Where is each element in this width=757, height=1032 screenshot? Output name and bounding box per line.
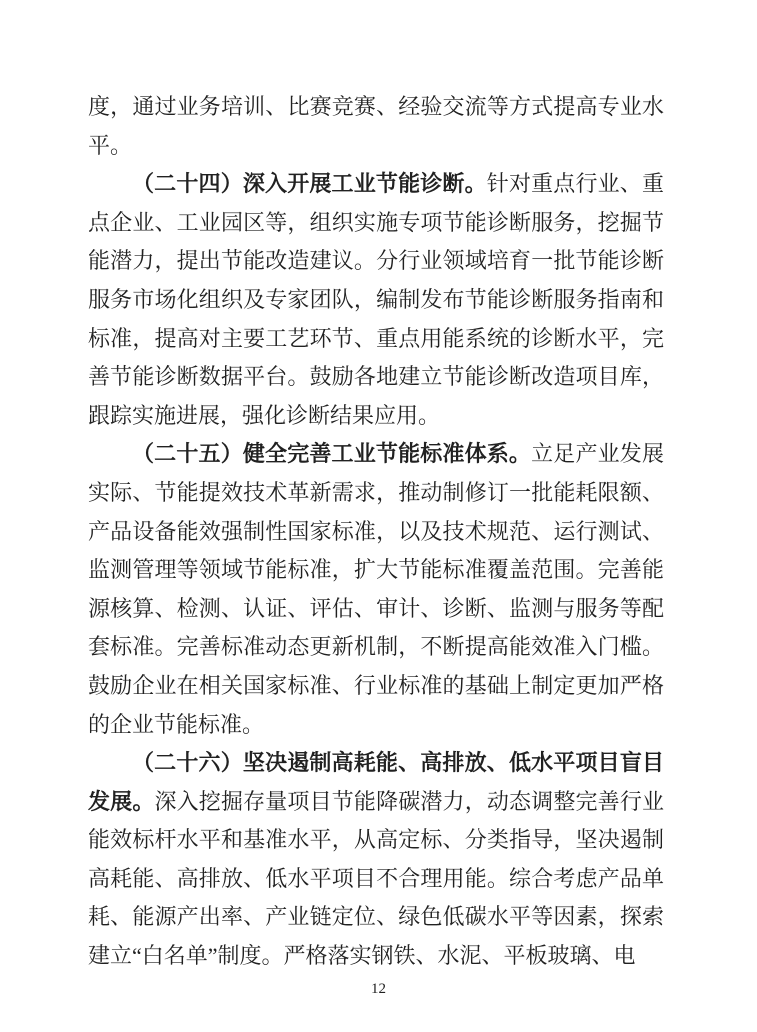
document-page: 度，通过业务培训、比赛竞赛、经验交流等方式提高专业水平。 （二十四）深入开展工业… [0, 0, 757, 1032]
paragraph-section-26: （二十六）坚决遏制高耗能、高排放、低水平项目盲目发展。深入挖掘存量项目节能降碳潜… [88, 744, 664, 976]
document-body: 度，通过业务培训、比赛竞赛、经验交流等方式提高专业水平。 （二十四）深入开展工业… [88, 88, 664, 976]
paragraph-continuation: 度，通过业务培训、比赛竞赛、经验交流等方式提高专业水平。 [88, 88, 664, 165]
paragraph-lead: （二十五）健全完善工业节能标准体系。 [132, 441, 531, 466]
page-number: 12 [0, 980, 757, 998]
paragraph-body: 立足产业发展实际、节能提效技术革新需求，推动制修订一批能耗限额、产品设备能效强制… [88, 441, 664, 736]
paragraph-body: 度，通过业务培训、比赛竞赛、经验交流等方式提高专业水平。 [88, 94, 664, 158]
paragraph-section-24: （二十四）深入开展工业节能诊断。针对重点行业、重点企业、工业园区等，组织实施专项… [88, 165, 664, 435]
paragraph-body: 深入挖掘存量项目节能降碳潜力，动态调整完善行业能效标杆水平和基准水平，从高定标、… [88, 789, 664, 968]
paragraph-lead: （二十四）深入开展工业节能诊断。 [132, 171, 487, 196]
paragraph-section-25: （二十五）健全完善工业节能标准体系。立足产业发展实际、节能提效技术革新需求，推动… [88, 435, 664, 744]
paragraph-body: 针对重点行业、重点企业、工业园区等，组织实施专项节能诊断服务，挖掘节能潜力，提出… [88, 171, 664, 428]
